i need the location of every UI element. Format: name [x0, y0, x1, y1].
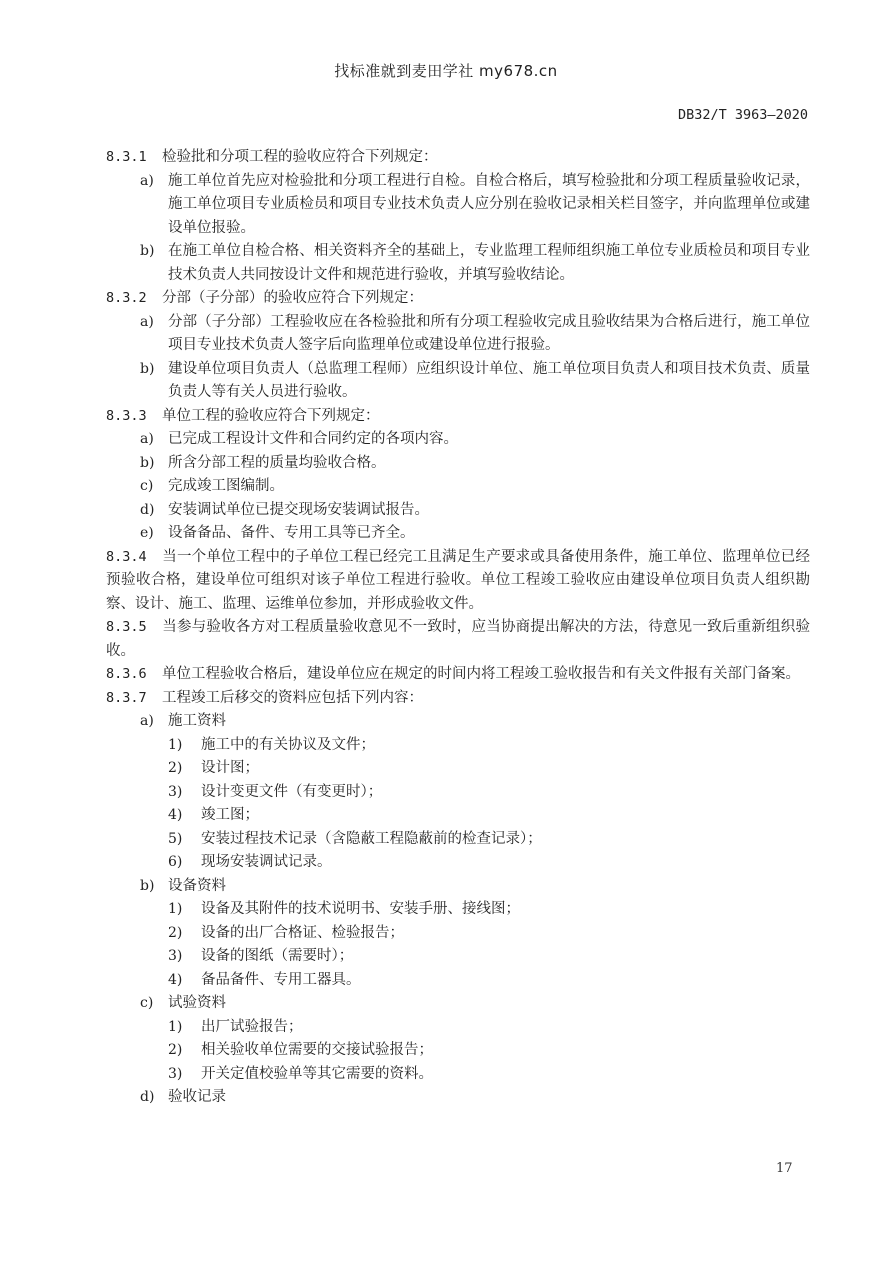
item-text: 设备备品、备件、专用工具等已齐全。 [168, 525, 415, 541]
list-item: d) 验收记录 [106, 1086, 810, 1110]
clause-number: 8.3.7 [106, 687, 162, 711]
clause-number: 8.3.2 [106, 287, 162, 311]
sub-list-item: 2) 相关验收单位需要的交接试验报告； [106, 1039, 810, 1063]
list-item: a) 分部（子分部）工程验收应在各检验批和所有分项工程验收完成且验收结果为合格后… [106, 311, 810, 358]
list-item: a) 施工单位首先应对检验批和分项工程进行自检。自检合格后，填写检验批和分项工程… [106, 170, 810, 241]
sub-item-text: 设备及其附件的技术说明书、安装手册、接线图； [201, 901, 520, 917]
clause-number: 8.3.1 [106, 146, 162, 170]
list-item: b) 在施工单位自检合格、相关资料齐全的基础上，专业监理工程师组织施工单位专业质… [106, 240, 810, 287]
sub-item-mark: 2) [168, 922, 182, 946]
sub-list-item: 5) 安装过程技术记录（含隐蔽工程隐蔽前的检查记录）； [106, 828, 810, 852]
item-mark: a) [140, 170, 154, 194]
sub-item-text: 设计变更文件（有变更时）； [201, 784, 382, 800]
watermark-text: 找标准就到麦田学社 my678.cn [0, 60, 892, 81]
item-mark: b) [140, 452, 154, 476]
sub-item-mark: 1) [168, 898, 182, 922]
item-text: 在施工单位自检合格、相关资料齐全的基础上，专业监理工程师组织施工单位专业质检员和… [168, 243, 810, 283]
sub-item-mark: 3) [168, 945, 182, 969]
sub-item-mark: 1) [168, 734, 182, 758]
clause-text: 当参与验收各方对工程质量验收意见不一致时，应当协商提出解决的方法，待意见一致后重… [106, 619, 810, 659]
list-item: b) 建设单位项目负责人（总监理工程师）应组织设计单位、施工单位项目负责人和项目… [106, 358, 810, 405]
sub-list-item: 6) 现场安装调试记录。 [106, 851, 810, 875]
list-item: c) 完成竣工图编制。 [106, 475, 810, 499]
item-mark: e) [140, 522, 154, 546]
sub-item-mark: 4) [168, 969, 182, 993]
item-mark: a) [140, 428, 154, 452]
clause-text: 当一个单位工程中的子单位工程已经完工且满足生产要求或具备使用条件，施工单位、监理… [106, 549, 810, 612]
sub-item-mark: 3) [168, 1063, 182, 1087]
sub-item-text: 出厂试验报告； [201, 1019, 303, 1035]
item-mark: d) [140, 1086, 154, 1110]
sub-list-item: 4) 竣工图； [106, 804, 810, 828]
item-text: 施工单位首先应对检验批和分项工程进行自检。自检合格后，填写检验批和分项工程质量验… [168, 173, 810, 236]
clause-number: 8.3.5 [106, 616, 162, 640]
item-mark: b) [140, 240, 154, 264]
item-text: 安装调试单位已提交现场安装调试报告。 [168, 502, 429, 518]
item-mark: b) [140, 358, 154, 382]
clause-number: 8.3.4 [106, 546, 162, 570]
sub-list-item: 3) 设备的图纸（需要时）； [106, 945, 810, 969]
sub-item-mark: 1) [168, 1016, 182, 1040]
clause-text: 检验批和分项工程的验收应符合下列规定： [162, 149, 438, 165]
sub-item-text: 设备的出厂合格证、检验报告； [201, 925, 404, 941]
sub-item-text: 施工中的有关协议及文件； [201, 737, 375, 753]
sub-item-mark: 4) [168, 804, 182, 828]
sub-item-mark: 5) [168, 828, 182, 852]
sub-item-text: 开关定值校验单等其它需要的资料。 [201, 1066, 433, 1082]
clause-number: 8.3.6 [106, 663, 162, 687]
item-mark: a) [140, 710, 154, 734]
clause-8-3-7: 8.3.7工程竣工后移交的资料应包括下列内容： [106, 687, 810, 711]
list-item: b) 所含分部工程的质量均验收合格。 [106, 452, 810, 476]
clause-text: 工程竣工后移交的资料应包括下列内容： [162, 690, 423, 706]
standard-code: DB32/T 3963—2020 [678, 107, 808, 123]
sub-list-item: 1) 出厂试验报告； [106, 1016, 810, 1040]
sub-list-item: 1) 设备及其附件的技术说明书、安装手册、接线图； [106, 898, 810, 922]
document-body: 8.3.1检验批和分项工程的验收应符合下列规定： a) 施工单位首先应对检验批和… [106, 146, 810, 1110]
sub-item-text: 现场安装调试记录。 [201, 854, 332, 870]
list-item: d) 安装调试单位已提交现场安装调试报告。 [106, 499, 810, 523]
list-item: b) 设备资料 [106, 875, 810, 899]
sub-item-text: 设计图； [201, 760, 259, 776]
list-item: e) 设备备品、备件、专用工具等已齐全。 [106, 522, 810, 546]
item-text: 完成竣工图编制。 [168, 478, 284, 494]
sub-item-text: 竣工图； [201, 807, 259, 823]
clause-8-3-5: 8.3.5当参与验收各方对工程质量验收意见不一致时，应当协商提出解决的方法，待意… [106, 616, 810, 663]
list-item: a) 已完成工程设计文件和合同约定的各项内容。 [106, 428, 810, 452]
sub-item-mark: 2) [168, 757, 182, 781]
clause-text: 单位工程验收合格后，建设单位应在规定的时间内将工程竣工验收报告和有关文件报有关部… [162, 666, 800, 682]
page-number: 17 [776, 1161, 793, 1176]
sub-item-text: 相关验收单位需要的交接试验报告； [201, 1042, 433, 1058]
sub-item-mark: 2) [168, 1039, 182, 1063]
sub-list-item: 4) 备品备件、专用工器具。 [106, 969, 810, 993]
sub-item-mark: 3) [168, 781, 182, 805]
sub-item-mark: 6) [168, 851, 182, 875]
sub-item-text: 安装过程技术记录（含隐蔽工程隐蔽前的检查记录）； [201, 831, 542, 847]
clause-text: 单位工程的验收应符合下列规定： [162, 408, 380, 424]
item-mark: b) [140, 875, 154, 899]
clause-8-3-4: 8.3.4当一个单位工程中的子单位工程已经完工且满足生产要求或具备使用条件，施工… [106, 546, 810, 617]
sub-item-text: 备品备件、专用工器具。 [201, 972, 361, 988]
sub-list-item: 2) 设计图； [106, 757, 810, 781]
item-mark: c) [140, 475, 153, 499]
sub-item-text: 设备的图纸（需要时）； [201, 948, 353, 964]
item-text: 设备资料 [168, 878, 226, 894]
item-mark: a) [140, 311, 154, 335]
list-item: c) 试验资料 [106, 992, 810, 1016]
item-text: 建设单位项目负责人（总监理工程师）应组织设计单位、施工单位项目负责人和项目技术负… [168, 361, 810, 401]
item-text: 已完成工程设计文件和合同约定的各项内容。 [168, 431, 458, 447]
clause-text: 分部（子分部）的验收应符合下列规定： [162, 290, 423, 306]
sub-list-item: 1) 施工中的有关协议及文件； [106, 734, 810, 758]
clause-8-3-1: 8.3.1检验批和分项工程的验收应符合下列规定： [106, 146, 810, 170]
item-text: 施工资料 [168, 713, 226, 729]
item-text: 验收记录 [168, 1089, 226, 1105]
item-mark: d) [140, 499, 154, 523]
clause-number: 8.3.3 [106, 405, 162, 429]
clause-8-3-3: 8.3.3单位工程的验收应符合下列规定： [106, 405, 810, 429]
sub-list-item: 3) 开关定值校验单等其它需要的资料。 [106, 1063, 810, 1087]
item-text: 所含分部工程的质量均验收合格。 [168, 455, 386, 471]
sub-list-item: 2) 设备的出厂合格证、检验报告； [106, 922, 810, 946]
clause-8-3-2: 8.3.2分部（子分部）的验收应符合下列规定： [106, 287, 810, 311]
list-item: a) 施工资料 [106, 710, 810, 734]
clause-8-3-6: 8.3.6单位工程验收合格后，建设单位应在规定的时间内将工程竣工验收报告和有关文… [106, 663, 810, 687]
sub-list-item: 3) 设计变更文件（有变更时）； [106, 781, 810, 805]
item-text: 试验资料 [168, 995, 226, 1011]
item-mark: c) [140, 992, 153, 1016]
item-text: 分部（子分部）工程验收应在各检验批和所有分项工程验收完成且验收结果为合格后进行，… [168, 314, 810, 354]
